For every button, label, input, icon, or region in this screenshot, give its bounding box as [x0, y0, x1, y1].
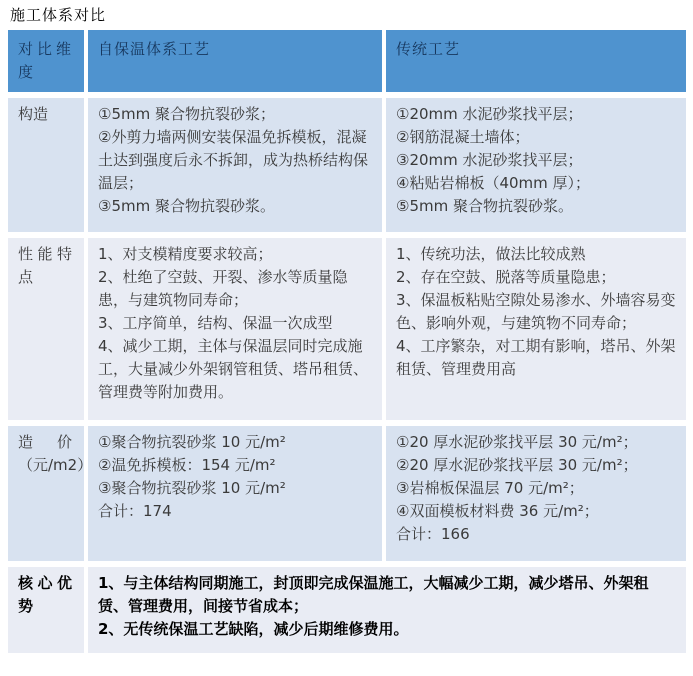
cell-structure-traditional: ①20mm 水泥砂浆找平层； ②钢筋混凝土墙体； ③20mm 水泥砂浆找平层； … [386, 98, 686, 232]
cell-performance-self-insulation: 1、对支模精度要求较高； 2、杜绝了空鼓、开裂、渗水等质量隐患，与建筑物同寿命；… [88, 238, 382, 420]
table-row-cost: 造价（元/m2） ①聚合物抗裂砂浆 10 元/m² ②温免拆模板：154 元/m… [8, 426, 686, 561]
cell-core-advantage-merged: 1、与主体结构同期施工，封顶即完成保温施工，大幅减少工期，减少塔吊、外架租赁、管… [88, 567, 686, 653]
row-label-performance: 性能特点 [8, 238, 84, 420]
row-label-core-advantage: 核心优势 [8, 567, 84, 653]
row-label-structure: 构造 [8, 98, 84, 232]
header-cell-traditional-process: 传统工艺 [386, 30, 686, 92]
page-title: 施工体系对比 [10, 5, 106, 25]
cell-structure-self-insulation: ①5mm 聚合物抗裂砂浆； ②外剪力墙两侧安装保温免拆模板，混凝土达到强度后永不… [88, 98, 382, 232]
table-header-row: 对比维度 自保温体系工艺 传统工艺 [8, 30, 686, 92]
table-row-performance: 性能特点 1、对支模精度要求较高； 2、杜绝了空鼓、开裂、渗水等质量隐患，与建筑… [8, 238, 686, 420]
cell-performance-traditional: 1、传统功法，做法比较成熟 2、存在空鼓、脱落等质量隐患； 3、保温板粘贴空隙处… [386, 238, 686, 420]
comparison-table: 对比维度 自保温体系工艺 传统工艺 构造 ①5mm 聚合物抗裂砂浆； ②外剪力墙… [8, 30, 686, 653]
header-cell-dimension: 对比维度 [8, 30, 84, 92]
page: 施工体系对比 对比维度 自保温体系工艺 传统工艺 构造 ①5mm 聚合物抗裂砂浆… [0, 0, 693, 676]
table-row-core-advantage: 核心优势 1、与主体结构同期施工，封顶即完成保温施工，大幅减少工期，减少塔吊、外… [8, 567, 686, 653]
header-cell-self-insulation-process: 自保温体系工艺 [88, 30, 382, 92]
cell-cost-traditional: ①20 厚水泥砂浆找平层 30 元/m²； ②20 厚水泥砂浆找平层 30 元/… [386, 426, 686, 561]
table-row-structure: 构造 ①5mm 聚合物抗裂砂浆； ②外剪力墙两侧安装保温免拆模板，混凝土达到强度… [8, 98, 686, 232]
cell-cost-self-insulation: ①聚合物抗裂砂浆 10 元/m² ②温免拆模板：154 元/m² ③聚合物抗裂砂… [88, 426, 382, 561]
row-label-cost: 造价（元/m2） [8, 426, 84, 561]
